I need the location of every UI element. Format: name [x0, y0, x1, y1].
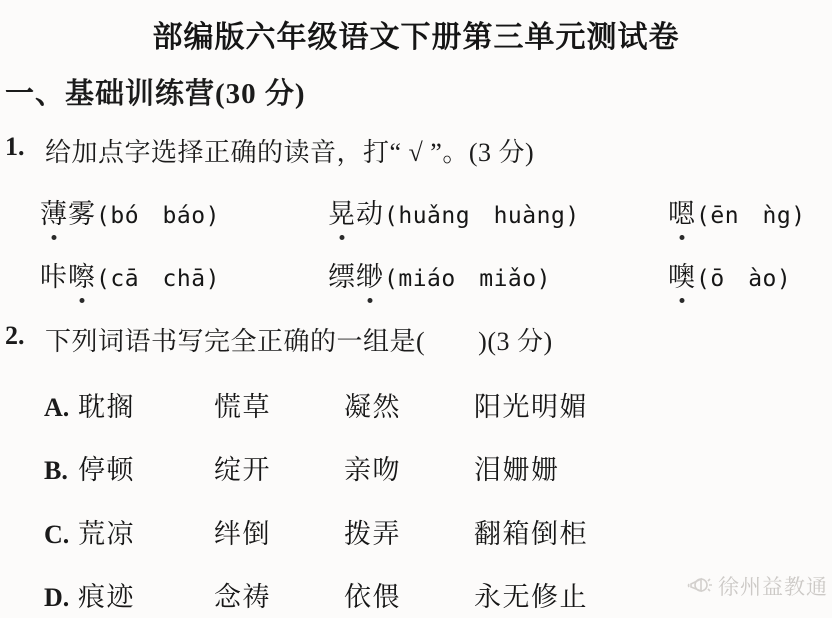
option-word: 拨弄 [344, 512, 470, 551]
option-row-b: B. 停顿 绽开 亲吻 泪姗姗 [44, 448, 560, 487]
option-letter: C. [44, 520, 74, 550]
pinyin-item: 缥缈(miáo miǎo) [328, 255, 551, 294]
option-word: 痕迹 [78, 575, 210, 614]
section-heading: 一、基础训练营(30 分) [5, 71, 306, 112]
hanzi-word: 缥缈 [328, 262, 384, 292]
pinyin-item: 嗯(ēn ǹg) [668, 192, 806, 231]
pinyin-text: (ō ào) [696, 266, 791, 292]
option-word: 耽搁 [78, 385, 210, 424]
option-word: 慌草 [214, 385, 340, 424]
option-letter: B. [44, 456, 74, 486]
hanzi-word: 晃动 [328, 199, 384, 229]
option-word: 翻箱倒柜 [474, 512, 588, 551]
megaphone-icon [687, 575, 713, 597]
option-word: 依偎 [344, 575, 470, 614]
watermark-text: 徐州益教通 [718, 571, 828, 601]
emphasis-dot-char: 嚓 [68, 255, 96, 294]
question-2-prompt: 下列词语书写完全正确的一组是( )(3 分) [45, 321, 553, 358]
option-word: 绊倒 [214, 512, 340, 551]
pinyin-text: (huǎng huàng) [384, 203, 580, 229]
emphasis-dot-char: 嗯 [668, 192, 696, 231]
pinyin-text: (bó báo) [96, 203, 220, 229]
option-word: 凝然 [344, 385, 470, 424]
pinyin-text: (ēn ǹg) [696, 203, 806, 229]
pinyin-item: 晃动(huǎng huàng) [328, 192, 580, 231]
pinyin-text: (miáo miǎo) [384, 266, 551, 292]
emphasis-dot-char: 薄 [40, 192, 68, 231]
option-word: 阳光明媚 [474, 385, 588, 424]
option-letter: D. [44, 583, 74, 613]
option-word: 念祷 [214, 575, 340, 614]
option-row-d: D. 痕迹 念祷 依偎 永无修止 [44, 575, 588, 614]
pinyin-text: (cā chā) [96, 266, 220, 292]
hanzi-word: 咔嚓 [40, 262, 96, 292]
watermark: 徐州益教通 [687, 571, 828, 601]
pinyin-item: 噢(ō ào) [668, 255, 791, 294]
option-row-a: A. 耽搁 慌草 凝然 阳光明媚 [44, 385, 588, 424]
emphasis-dot-char: 噢 [668, 255, 696, 294]
option-word: 停顿 [78, 448, 210, 487]
page-title: 部编版六年级语文下册第三单元测试卷 [0, 12, 832, 56]
pinyin-item: 薄雾(bó báo) [40, 192, 220, 231]
question-1-prompt: 给加点字选择正确的读音，打“ √ ”。(3 分) [45, 132, 534, 169]
pinyin-item: 咔嚓(cā chā) [40, 255, 220, 294]
option-word: 泪姗姗 [474, 448, 560, 487]
hanzi-word: 薄雾 [40, 199, 96, 229]
hanzi-word: 嗯 [668, 199, 696, 229]
pinyin-row-1: 薄雾(bó báo) 晃动(huǎng huàng) 嗯(ēn ǹg) [0, 192, 832, 238]
test-paper: 部编版六年级语文下册第三单元测试卷 一、基础训练营(30 分) 1. 给加点字选… [0, 0, 832, 618]
question-2: 2. 下列词语书写完全正确的一组是( )(3 分) [5, 321, 553, 358]
emphasis-dot-char: 缈 [356, 255, 384, 294]
pinyin-row-2: 咔嚓(cā chā) 缥缈(miáo miǎo) 噢(ō ào) [0, 255, 832, 301]
option-word: 亲吻 [344, 448, 470, 487]
option-word: 绽开 [214, 448, 340, 487]
emphasis-dot-char: 晃 [328, 192, 356, 231]
hanzi-word: 噢 [668, 262, 696, 292]
option-row-c: C. 荒凉 绊倒 拨弄 翻箱倒柜 [44, 512, 588, 551]
question-1-number: 1. [5, 132, 45, 169]
option-word: 永无修止 [474, 575, 588, 614]
question-2-number: 2. [5, 321, 45, 358]
option-word: 荒凉 [78, 512, 210, 551]
question-1: 1. 给加点字选择正确的读音，打“ √ ”。(3 分) [5, 132, 534, 169]
option-letter: A. [44, 393, 74, 423]
